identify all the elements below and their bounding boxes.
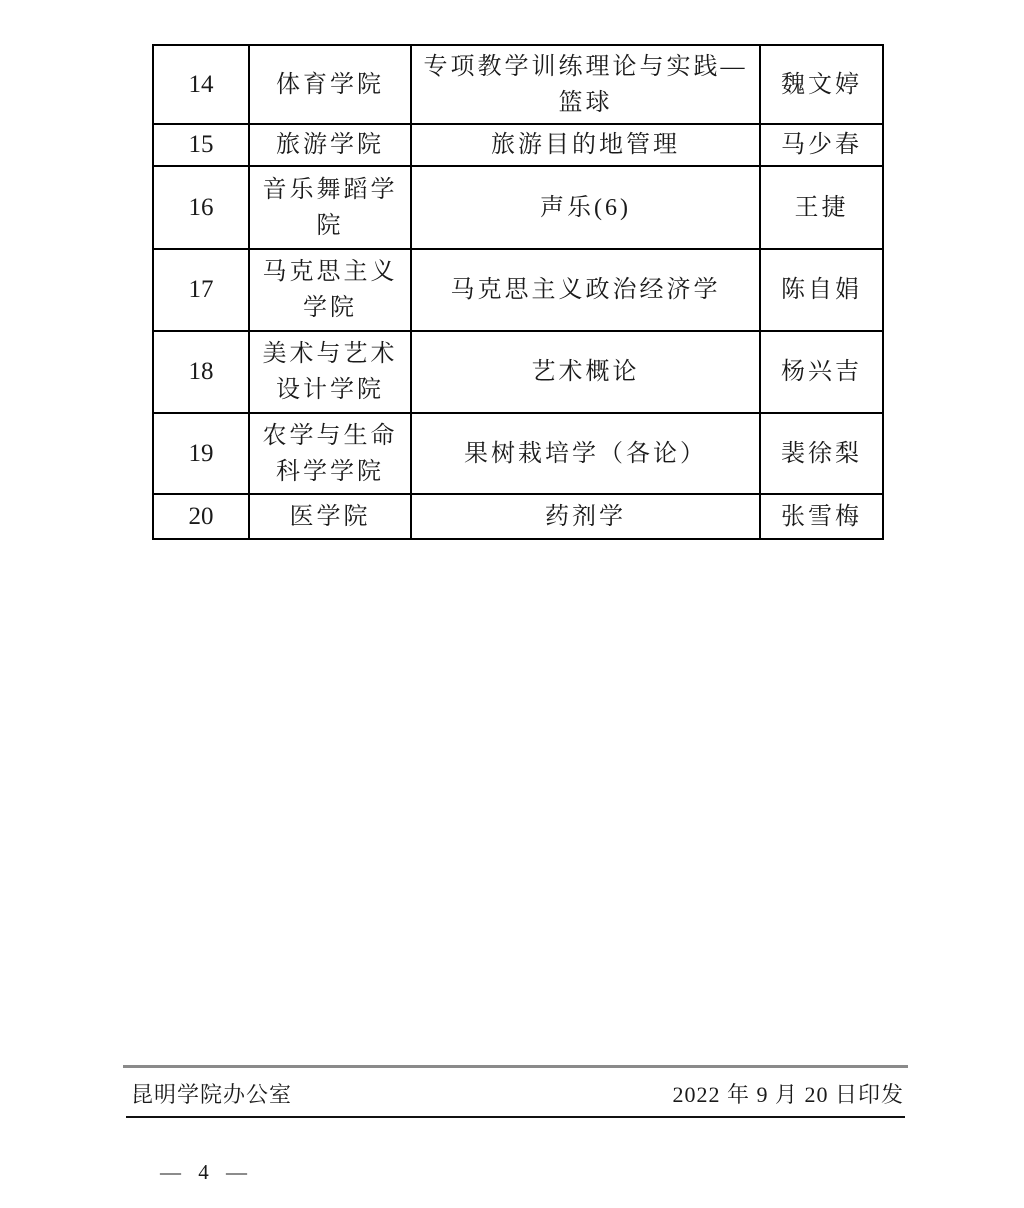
table-row: 17 马克思主义 学院 马克思主义政治经济学 陈自娟 [153, 249, 883, 331]
table-row: 20 医学院 药剂学 张雪梅 [153, 494, 883, 539]
course-table: 14 体育学院 专项教学训练理论与实践— 篮球 魏文婷 15 旅游学院 旅游目的… [152, 44, 884, 540]
table-row: 14 体育学院 专项教学训练理论与实践— 篮球 魏文婷 [153, 45, 883, 124]
issuing-office: 昆明学院办公室 [131, 1078, 292, 1109]
college-cell: 美术与艺术 设计学院 [249, 331, 411, 413]
teacher-cell: 马少春 [760, 124, 883, 166]
row-number: 15 [153, 124, 249, 166]
course-cell: 旅游目的地管理 [411, 124, 760, 166]
table-row: 19 农学与生命 科学学院 果树栽培学（各论） 裴徐梨 [153, 413, 883, 494]
print-date: 2022 年 9 月 20 日印发 [672, 1078, 904, 1109]
course-cell: 马克思主义政治经济学 [411, 249, 760, 331]
teacher-cell: 裴徐梨 [760, 413, 883, 494]
row-number: 16 [153, 166, 249, 249]
college-cell: 体育学院 [249, 45, 411, 124]
college-cell: 农学与生命 科学学院 [249, 413, 411, 494]
course-cell: 果树栽培学（各论） [411, 413, 760, 494]
row-number: 14 [153, 45, 249, 124]
teacher-cell: 张雪梅 [760, 494, 883, 539]
college-cell: 音乐舞蹈学 院 [249, 166, 411, 249]
college-cell: 马克思主义 学院 [249, 249, 411, 331]
row-number: 17 [153, 249, 249, 331]
row-number: 18 [153, 331, 249, 413]
page-number: — 4 — [160, 1160, 249, 1185]
footer-divider-thin [126, 1116, 905, 1118]
teacher-cell: 魏文婷 [760, 45, 883, 124]
footer: 昆明学院办公室 2022 年 9 月 20 日印发 [123, 1078, 908, 1108]
course-cell: 专项教学训练理论与实践— 篮球 [411, 45, 760, 124]
table-row: 15 旅游学院 旅游目的地管理 马少春 [153, 124, 883, 166]
course-cell: 声乐(6) [411, 166, 760, 249]
course-cell: 药剂学 [411, 494, 760, 539]
row-number: 19 [153, 413, 249, 494]
footer-divider-thick [123, 1065, 908, 1068]
table-row: 18 美术与艺术 设计学院 艺术概论 杨兴吉 [153, 331, 883, 413]
document-page: 14 体育学院 专项教学训练理论与实践— 篮球 魏文婷 15 旅游学院 旅游目的… [0, 0, 1024, 1208]
table-row: 16 音乐舞蹈学 院 声乐(6) 王捷 [153, 166, 883, 249]
college-cell: 医学院 [249, 494, 411, 539]
course-cell: 艺术概论 [411, 331, 760, 413]
teacher-cell: 陈自娟 [760, 249, 883, 331]
teacher-cell: 杨兴吉 [760, 331, 883, 413]
college-cell: 旅游学院 [249, 124, 411, 166]
teacher-cell: 王捷 [760, 166, 883, 249]
row-number: 20 [153, 494, 249, 539]
